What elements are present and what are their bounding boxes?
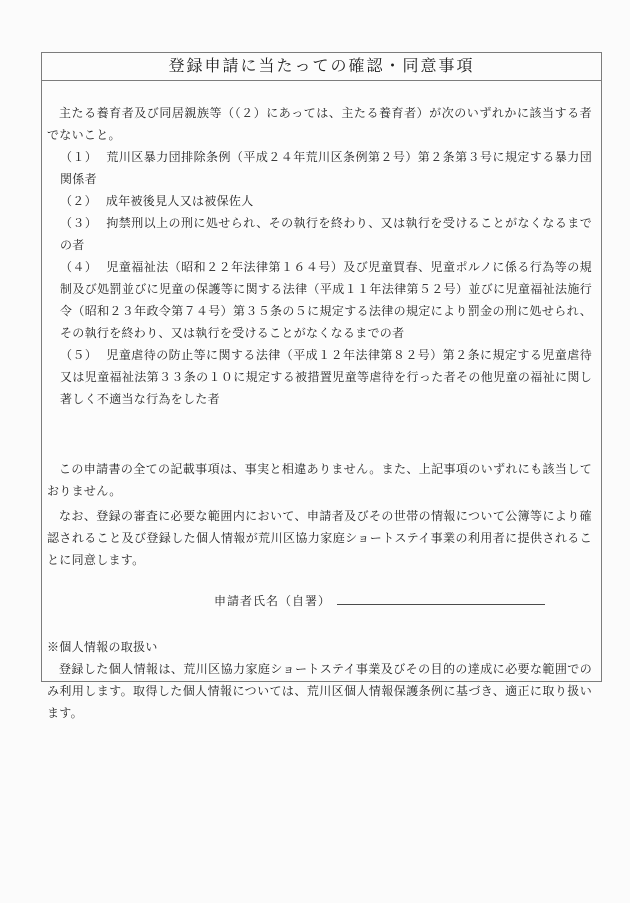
conditions-list: （１）荒川区暴力団排除条例（平成２４年荒川区条例第２号）第２条第３号に規定する暴… [47, 146, 592, 410]
signature-field[interactable] [337, 590, 545, 605]
condition-number-3: （３） [60, 216, 97, 230]
condition-text-1: 荒川区暴力団排除条例（平成２４年荒川区条例第２号）第２条第３号に規定する暴力団関… [60, 150, 592, 186]
condition-item-2: （２）成年被後見人又は被保佐人 [47, 190, 592, 212]
declaration-paragraph-2: なお、登録の審査に必要な範囲内において、申請者及びその世帯の情報について公簿等に… [47, 505, 592, 571]
condition-item-5: （５）児童虐待の防止等に関する法律（平成１２年法律第８２号）第２条に規定する児童… [47, 344, 592, 410]
signature-row: 申請者氏名（自署） [47, 590, 592, 612]
condition-text-5: 児童虐待の防止等に関する法律（平成１２年法律第８２号）第２条に規定する児童虐待又… [60, 348, 592, 406]
condition-number-2: （２） [60, 194, 97, 208]
consent-document-box: 登録申請に当たっての確認・同意事項 主たる養育者及び同居親族等（（２）にあっては… [41, 52, 602, 682]
condition-text-4: 児童福祉法（昭和２２年法律第１６４号）及び児童買春、児童ポルノに係る行為等の規制… [60, 260, 592, 340]
privacy-body: 登録した個人情報は、荒川区協力家庭ショートステイ事業及びその目的の達成に必要な範… [47, 658, 592, 724]
declaration-section: この申請書の全ての記載事項は、事実と相違ありません。また、上記事項のいずれにも該… [47, 458, 592, 571]
condition-text-3: 拘禁刑以上の刑に処せられ、その執行を終わり、又は執行を受けることがなくなるまでの… [60, 216, 592, 252]
document-content: 主たる養育者及び同居親族等（（２）にあっては、主たる養育者）が次のいずれかに該当… [42, 81, 601, 724]
document-page: 登録申請に当たっての確認・同意事項 主たる養育者及び同居親族等（（２）にあっては… [0, 0, 630, 903]
condition-text-2: 成年被後見人又は被保佐人 [106, 194, 254, 208]
document-title: 登録申請に当たっての確認・同意事項 [42, 53, 601, 81]
signature-label: 申請者氏名（自署） [214, 594, 331, 608]
condition-number-4: （４） [60, 260, 97, 274]
intro-paragraph: 主たる養育者及び同居親族等（（２）にあっては、主たる養育者）が次のいずれかに該当… [47, 102, 592, 146]
privacy-heading: ※個人情報の取扱い [47, 636, 592, 658]
condition-item-3: （３）拘禁刑以上の刑に処せられ、その執行を終わり、又は執行を受けることがなくなる… [47, 212, 592, 256]
condition-number-1: （１） [60, 150, 97, 164]
condition-number-5: （５） [60, 348, 97, 362]
condition-item-4: （４）児童福祉法（昭和２２年法律第１６４号）及び児童買春、児童ポルノに係る行為等… [47, 256, 592, 344]
condition-item-1: （１）荒川区暴力団排除条例（平成２４年荒川区条例第２号）第２条第３号に規定する暴… [47, 146, 592, 190]
declaration-paragraph-1: この申請書の全ての記載事項は、事実と相違ありません。また、上記事項のいずれにも該… [47, 458, 592, 502]
privacy-section: ※個人情報の取扱い 登録した個人情報は、荒川区協力家庭ショートステイ事業及びその… [47, 636, 592, 724]
